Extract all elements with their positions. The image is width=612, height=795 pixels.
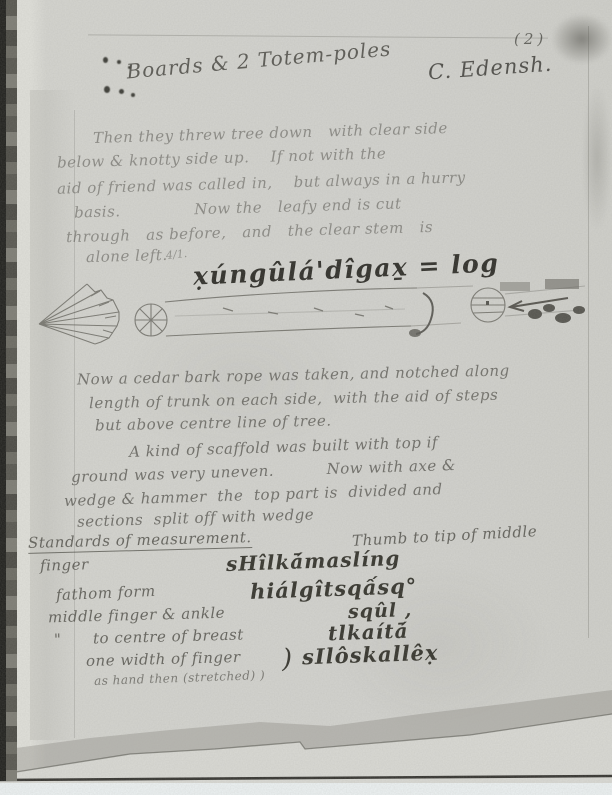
- torn-bottom-edge: [0, 688, 612, 783]
- ink-blobs: [500, 279, 585, 323]
- edge-smudge: [583, 88, 611, 228]
- log-end-wheel: [135, 304, 167, 336]
- ink-dot: [128, 66, 131, 69]
- bark-hook-mark: [409, 293, 433, 337]
- root-fan-sketch: [39, 284, 119, 344]
- ink-dot: [119, 89, 124, 94]
- handwritten-line: alone left.: [86, 246, 168, 266]
- scanned-manuscript-page: { "colors": { "paper": "#d3d3cf", "ink_d…: [0, 0, 612, 795]
- left-edge-mottled-strip: [6, 0, 17, 781]
- ink-dot: [103, 57, 108, 63]
- margin-mark: 4/1.: [165, 247, 187, 262]
- scanner-backing-strip: [0, 783, 612, 795]
- measure-label: finger: [40, 555, 89, 574]
- log-sketch: [25, 276, 605, 354]
- page-number: (2): [514, 30, 547, 48]
- ink-dot: [104, 86, 110, 93]
- ink-dot: [117, 60, 121, 64]
- native-term: sIlôskallêx̣: [302, 640, 439, 670]
- corner-smudge: [552, 14, 612, 64]
- grouping-bracket: ): [281, 644, 293, 674]
- ink-dot: [131, 93, 135, 97]
- arrow-icon: [510, 298, 568, 311]
